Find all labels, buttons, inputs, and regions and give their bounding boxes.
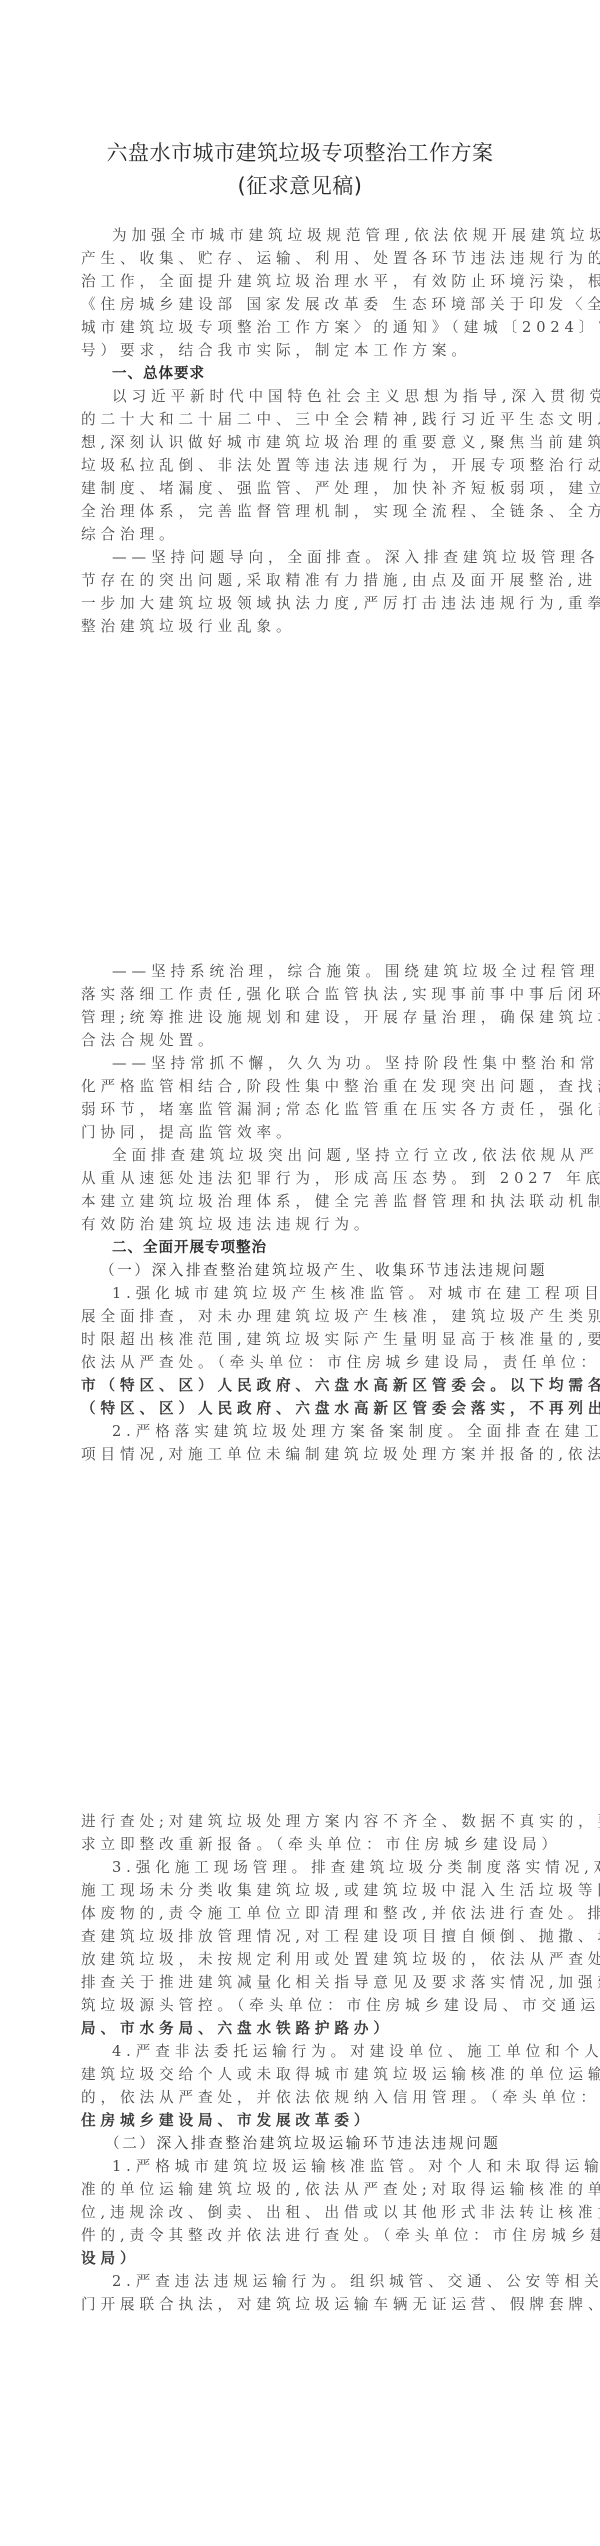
paragraph-line: 查建筑垃圾排放管理情况,对工程建设项目擅自倾倒、抛撒、堆 <box>81 1927 531 1947</box>
paragraph-line: 放建筑垃圾，未按规定利用或处置建筑垃圾的，依法从严查处。 <box>81 1950 531 1970</box>
paragraph-line: 位,违规涂改、倒卖、出租、出借或以其他形式非法转让核准文 <box>81 2203 531 2223</box>
paragraph-line: 2.严查违法违规运输行为。组织城管、交通、公安等相关部 <box>112 2272 532 2292</box>
paragraph-line: 住房城乡建设局、市发展改革委） <box>81 2111 531 2131</box>
paragraph-line: 体废物的,责令施工单位立即清理和整改,并依法进行查处。排 <box>81 1904 531 1924</box>
paragraph-line: 筑垃圾源头管控。（牵头单位：市住房城乡建设局、市交通运输 <box>81 1996 531 2016</box>
paragraph-line: 的，依法从严查处，并依法依规纳入信用管理。（牵头单位：市 <box>81 2088 531 2108</box>
paragraph-line: 1.严格城市建筑垃圾运输核准监管。对个人和未取得运输核 <box>112 2157 532 2177</box>
paragraph-line: 4.严查非法委托运输行为。对建设单位、施工单位和个人将 <box>112 2042 532 2062</box>
paragraph-line: 准的单位运输建筑垃圾的,依法从严查处;对取得运输核准的单 <box>81 2180 531 2200</box>
subsection-heading-2: （二）深入排查整治建筑垃圾运输环节违法违规问题 <box>105 2134 555 2154</box>
paragraph-line: 门开展联合执法，对建筑垃圾运输车辆无证运营、假牌套牌、未 <box>81 2295 531 2315</box>
paragraph-line: 求立即整改重新报备。（牵头单位：市住房城乡建设局） <box>81 1835 531 1855</box>
paragraph-line: 局、市水务局、六盘水铁路护路办） <box>81 2019 531 2039</box>
document-page-3: 进行查处;对建筑垃圾处理方案内容不齐全、数据不真实的，要 求立即整改重新报备。（… <box>0 0 600 2546</box>
paragraph-line: 进行查处;对建筑垃圾处理方案内容不齐全、数据不真实的，要 <box>81 1812 531 1832</box>
paragraph-line: 件的,责令其整改并依法进行查处。（牵头单位：市住房城乡建 <box>81 2226 531 2246</box>
paragraph-line: 排查关于推进建筑减量化相关指导意见及要求落实情况,加强建 <box>81 1973 531 1993</box>
paragraph-line: 施工现场未分类收集建筑垃圾,或建筑垃圾中混入生活垃圾等固 <box>81 1881 531 1901</box>
paragraph-line: 建筑垃圾交给个人或未取得城市建筑垃圾运输核准的单位运输 <box>81 2065 531 2085</box>
paragraph-line: 3.强化施工现场管理。排查建筑垃圾分类制度落实情况,对 <box>112 1858 532 1878</box>
paragraph-line: 设局） <box>81 2249 531 2269</box>
